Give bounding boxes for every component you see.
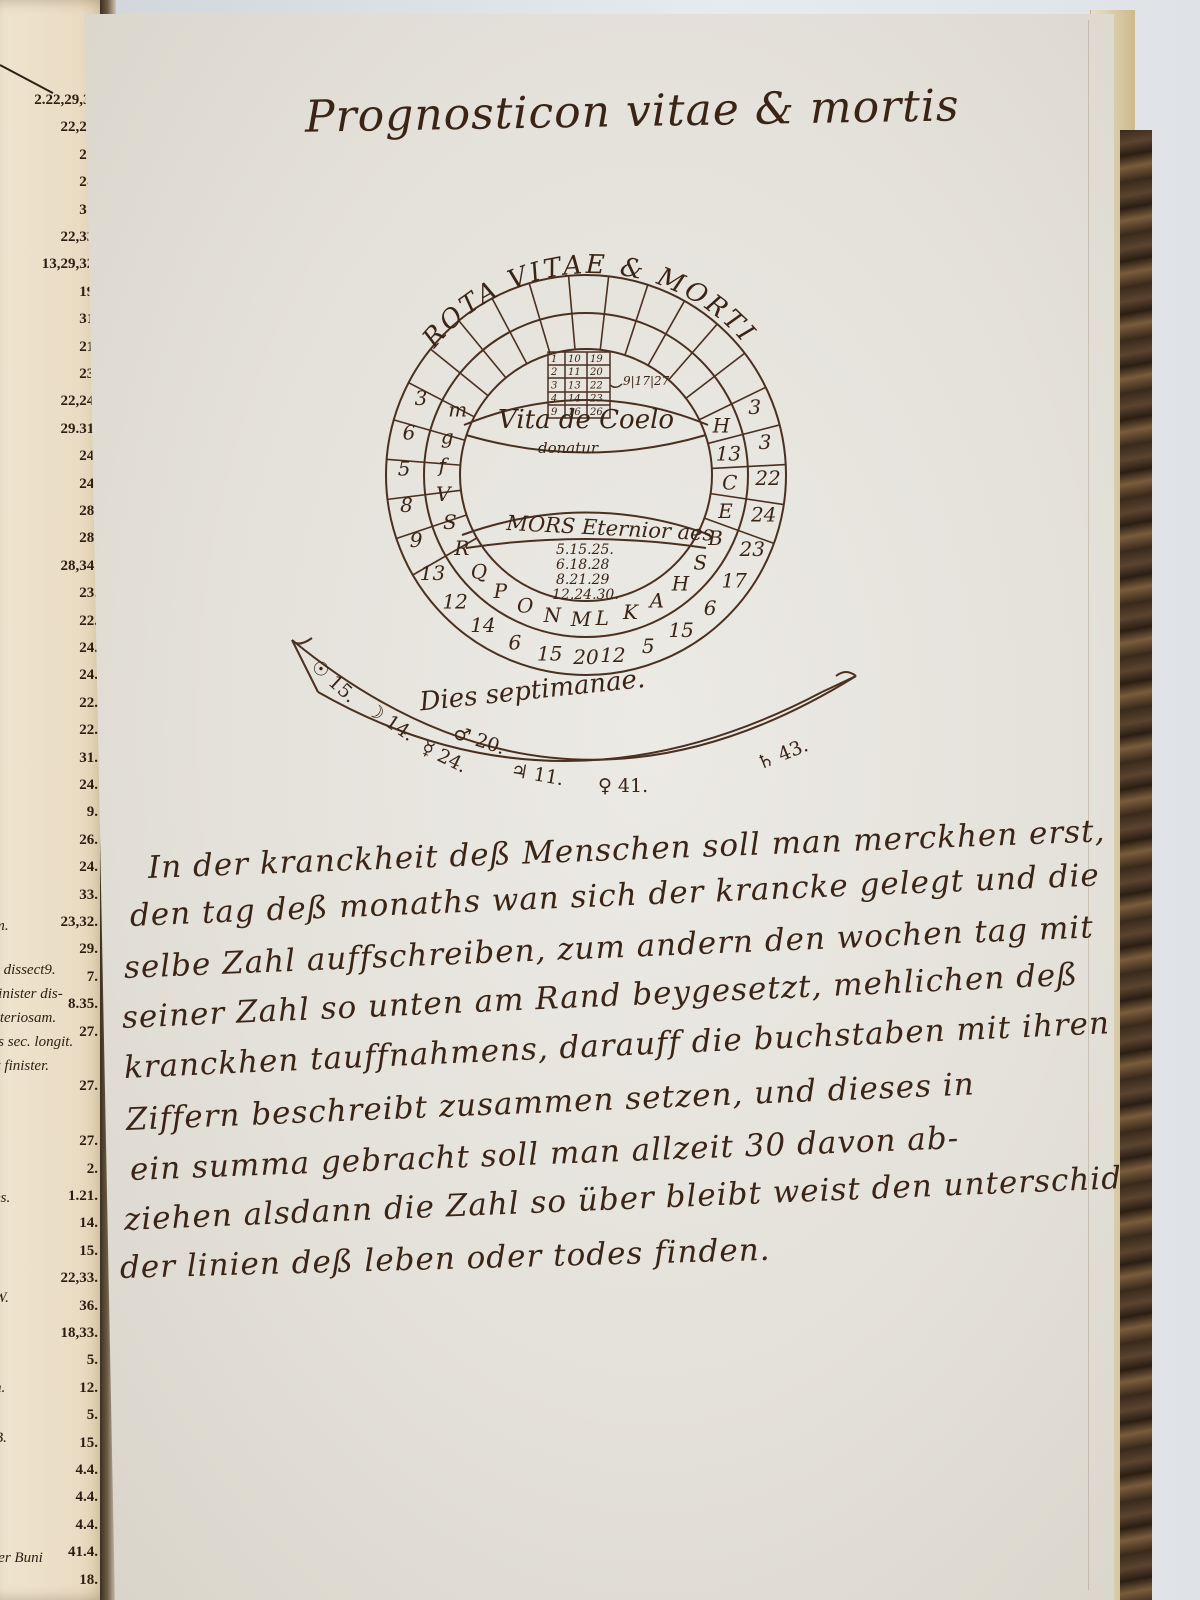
planet-day-value: ♀ 41. <box>598 775 648 797</box>
ring-label: 23 <box>739 537 765 561</box>
ring-label: 6 <box>509 631 522 655</box>
ring-label: 3 <box>415 386 428 410</box>
ring-label: 5 <box>642 634 655 658</box>
grid-cell: 2 <box>550 367 557 378</box>
ring-label: R <box>453 536 469 560</box>
ring-label: 13 <box>716 442 741 466</box>
banner-caption: Dies septimanae. <box>417 664 646 718</box>
ring-label: 5 <box>398 457 411 481</box>
grid-cell: 19 <box>590 354 603 365</box>
grid-cell: 11 <box>568 367 581 378</box>
ring-label: 22 <box>754 466 780 490</box>
ring-label: 3 <box>748 395 761 419</box>
ring-label: K <box>622 600 639 624</box>
ring-label: 15 <box>668 618 693 642</box>
ring-label: S <box>443 510 457 534</box>
planet-day-value: ☽ 14. <box>362 698 418 746</box>
ring-label: L <box>595 606 609 630</box>
ring-label: H <box>712 414 731 438</box>
vita-sublabel: donatur <box>538 439 599 457</box>
grid-cell: 4 <box>550 394 557 405</box>
grid-cell: 13 <box>568 380 581 391</box>
grid-cell: 22 <box>589 380 603 391</box>
ring-label: 9 <box>410 528 423 552</box>
ring-label: H <box>671 572 690 596</box>
ring-label: 12 <box>600 643 625 667</box>
ring-label: 6 <box>704 596 717 620</box>
ring-label: 12 <box>442 589 467 613</box>
ring-label: 15 <box>537 641 562 665</box>
mors-numbers: 5.15.25.6.18.288.21.2912.24.30. <box>552 542 619 603</box>
ring-label: E <box>717 499 733 523</box>
ring-label: N <box>543 603 563 627</box>
ring-label: O <box>517 594 533 618</box>
grid-cell: 23 <box>589 394 603 405</box>
ring-label: 20 <box>572 645 599 669</box>
ring-label: Q <box>471 559 487 583</box>
ring-label: 13 <box>420 561 445 585</box>
ring-label: 24 <box>750 502 776 526</box>
planet-day-value: ♃ 11. <box>509 759 565 790</box>
vita-label: Vita de Coelo <box>498 405 674 435</box>
ring-label: S <box>693 551 707 575</box>
grid-cell: 3 <box>551 380 557 391</box>
ring-label: 3 <box>759 430 772 454</box>
ring-label: M <box>570 607 592 631</box>
wheel-outer-label: ROTA VITAE & MORTIS <box>0 0 762 354</box>
rota-vitae-mortis-diagram: 1101921120313224142391626 9|17|27 ROTA V… <box>0 0 1200 1600</box>
ring-label: B <box>707 526 723 550</box>
ring-label: 6 <box>403 421 416 445</box>
ring-label: C <box>722 471 737 495</box>
grid-cell: 20 <box>589 367 603 378</box>
mors-number-row: 8.21.29 <box>556 572 610 588</box>
mors-number-row: 6.18.28 <box>556 557 610 573</box>
ring-label: 14 <box>470 613 495 637</box>
ring-label: P <box>493 579 508 603</box>
grid-cell: 1 <box>551 354 557 365</box>
mors-number-row: 12.24.30. <box>552 587 619 603</box>
grid-cell: 10 <box>568 354 581 365</box>
grid-cell: 14 <box>568 394 581 405</box>
ring-label: f <box>437 453 450 477</box>
grid-side-note: 9|17|27 <box>623 374 670 388</box>
ring-label: m <box>448 398 467 422</box>
ring-label: 17 <box>721 569 747 593</box>
ring-label: g <box>441 425 454 449</box>
ring-label: A <box>648 588 664 612</box>
ring-label: 8 <box>400 493 413 517</box>
planet-day-value: ☉ 15. <box>307 655 361 707</box>
planet-day-value: ♄ 43. <box>754 734 812 774</box>
ring-label: V <box>436 482 453 506</box>
mors-number-row: 5.15.25. <box>556 542 614 558</box>
